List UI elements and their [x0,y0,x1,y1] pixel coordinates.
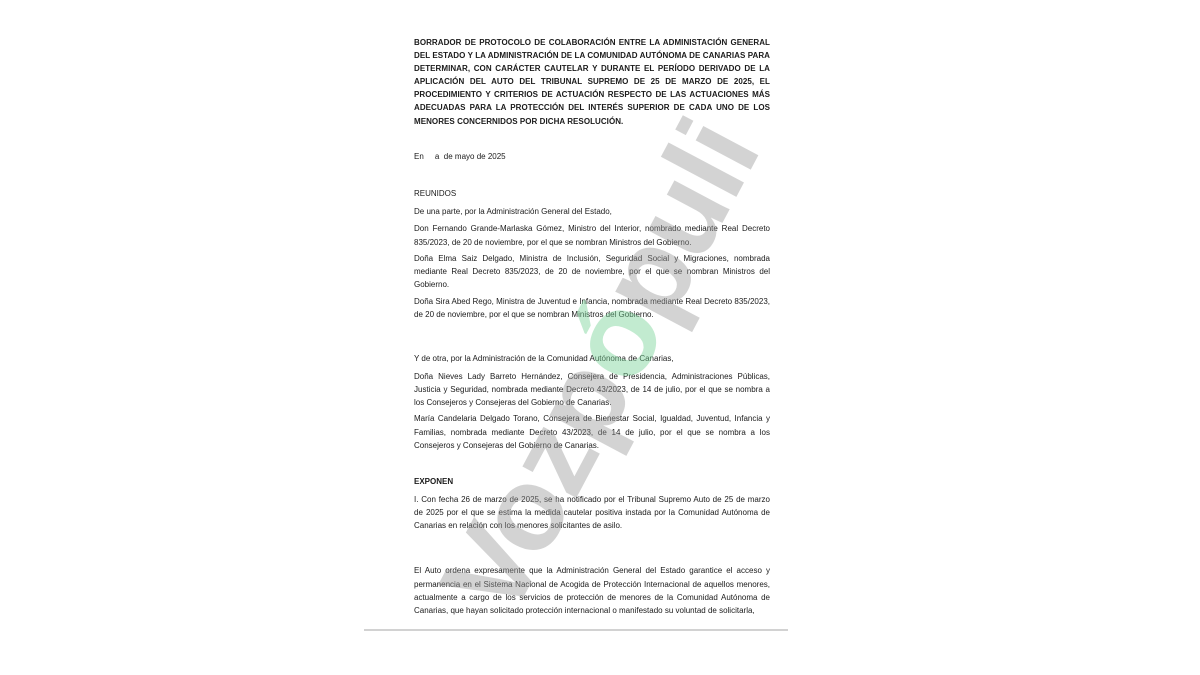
party-one-member: Doña Elma Saiz Delgado, Ministra de Incl… [414,252,770,292]
party-two-intro: Y de otra, por la Administración de la C… [414,351,770,366]
party-two-member: Doña Nieves Lady Barreto Hernández, Cons… [414,370,770,410]
page-bottom-edge [364,629,788,631]
document-title: BORRADOR DE PROTOCOLO DE COLABORACIÓN EN… [414,36,770,128]
exponen-paragraph: I. Con fecha 26 de marzo de 2025, se ha … [414,493,770,533]
exponen-heading: EXPONEN [414,474,770,489]
document-content: BORRADOR DE PROTOCOLO DE COLABORACIÓN EN… [414,36,770,618]
date-line: En a de mayo de 2025 [414,149,770,164]
party-two-member: María Candelaria Delgado Torano, Conseje… [414,412,770,452]
exponen-paragraph: El Auto ordena expresamente que la Admin… [414,564,770,617]
party-one-intro: De una parte, por la Administración Gene… [414,204,770,219]
party-one-member: Don Fernando Grande-Marlaska Gómez, Mini… [414,222,770,249]
reunidos-heading: REUNIDOS [414,186,770,201]
party-one-member: Doña Sira Abed Rego, Ministra de Juventu… [414,295,770,322]
document-page: BORRADOR DE PROTOCOLO DE COLABORACIÓN EN… [364,0,788,631]
